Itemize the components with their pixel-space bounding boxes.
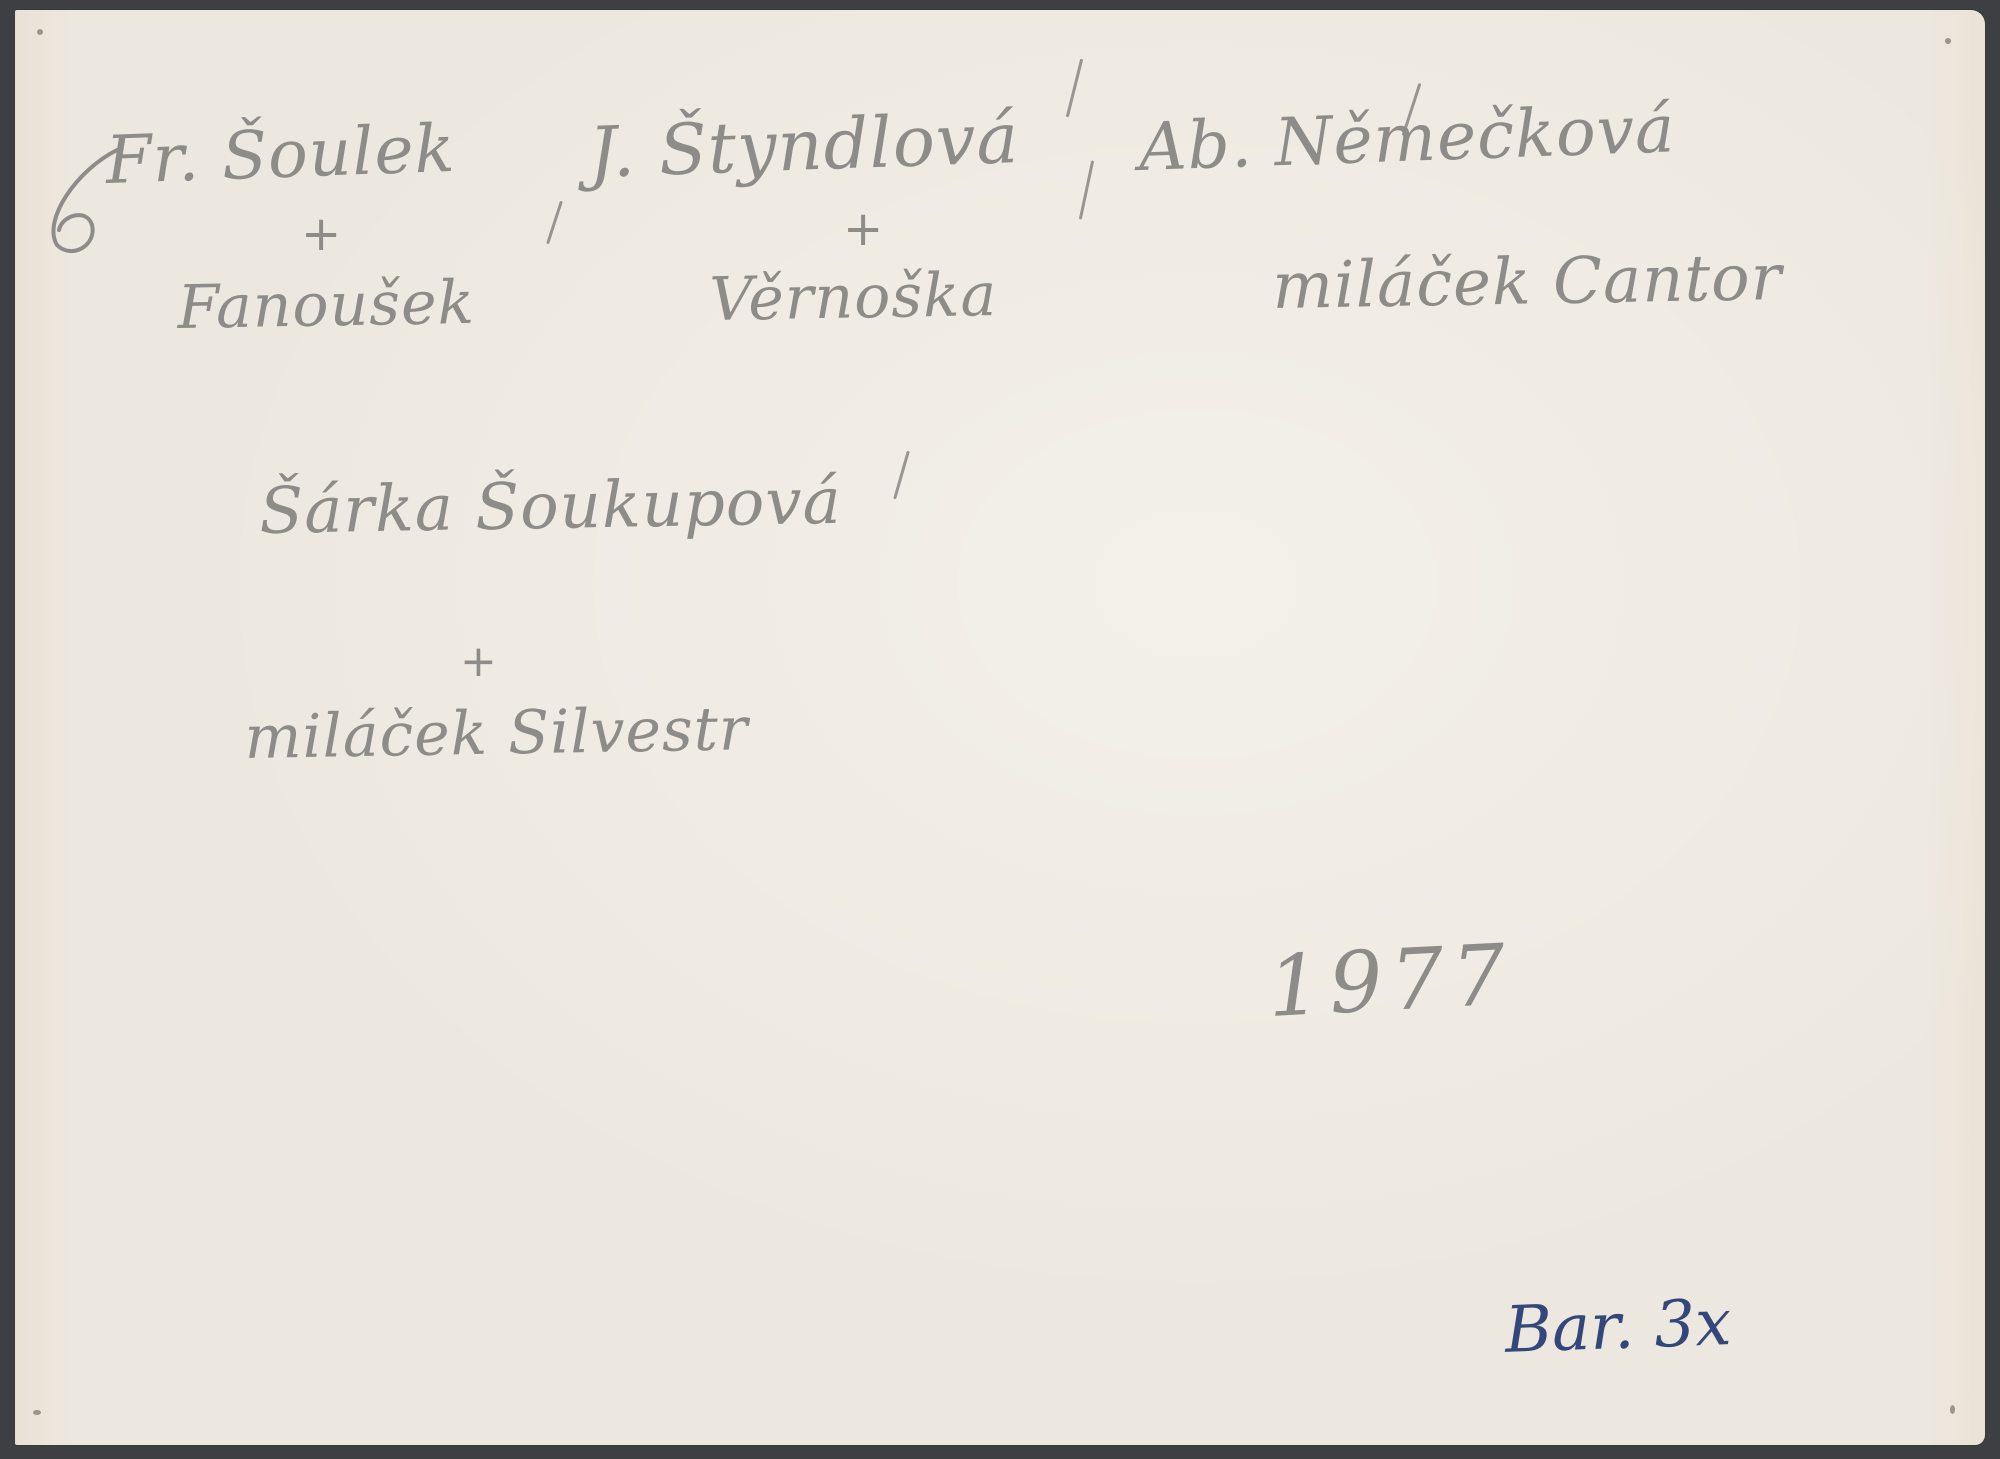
photo-card-back: 6 Fr. Šoulek + Fanoušek J. Štyndlová + V…: [15, 10, 1985, 1445]
plus-sign: +: [460, 640, 497, 684]
name-vernoska: Věrnoška: [709, 265, 998, 330]
comma-separator: [546, 201, 563, 245]
name-ab-nemeckova: Ab. Němečková: [1138, 96, 1677, 181]
name-sarka-soukupova: Šárka Šoukupová: [259, 470, 842, 544]
acute-accent-mark: [1066, 59, 1083, 118]
corner-pin-mark-top-left: [37, 29, 43, 35]
name-milacek-silvestr: miláček Silvestr: [244, 699, 749, 768]
plus-sign: +: [843, 205, 883, 253]
corner-pin-mark-top-right: [1945, 38, 1951, 44]
scanned-photo-reverse: 6 Fr. Šoulek + Fanoušek J. Štyndlová + V…: [0, 0, 2000, 1459]
name-fanousek: Fanoušek: [177, 273, 475, 338]
comma-separator: [1079, 160, 1094, 219]
name-j-styndlova: J. Štyndlová: [588, 103, 1021, 188]
archive-mark-blue-ink: Bar. 3x: [1504, 1291, 1732, 1363]
corner-pin-mark-bottom-right: [1950, 1405, 1955, 1414]
acute-accent-mark: [893, 451, 910, 500]
year-annotation: 1977: [1266, 932, 1516, 1029]
plus-sign: +: [301, 210, 341, 258]
name-fr-soulek: Fr. Šoulek: [105, 116, 457, 194]
corner-pin-mark-bottom-left: [33, 1410, 41, 1415]
name-milacek-cantor: miláček Cantor: [1272, 246, 1783, 319]
